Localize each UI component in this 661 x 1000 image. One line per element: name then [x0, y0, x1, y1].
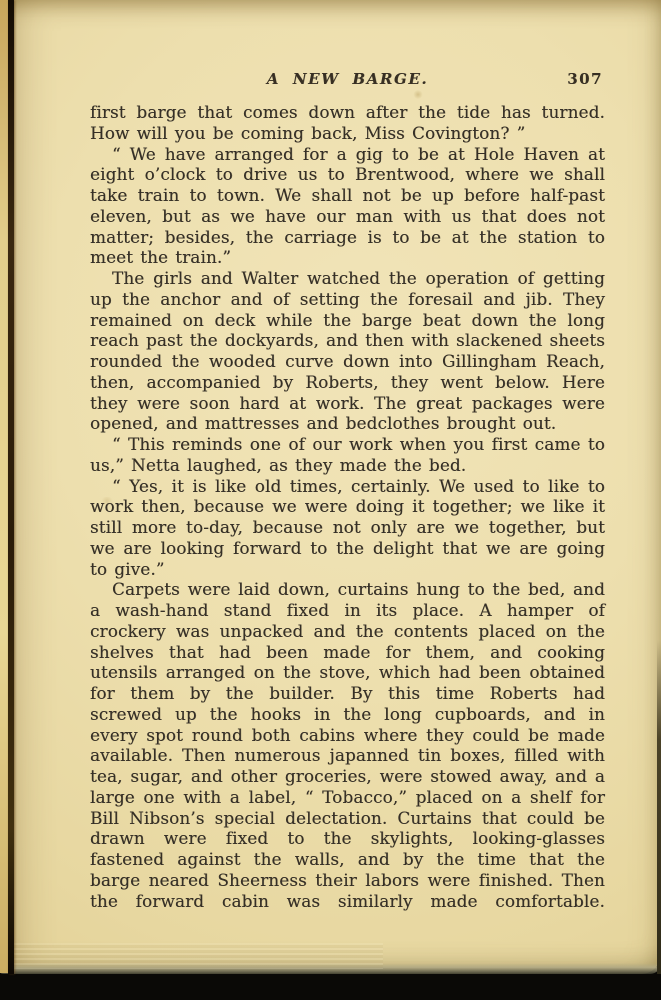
scanned-book-page: A NEW BARGE. 307 first barge that comes …: [0, 0, 661, 1000]
paragraph-dialogue-2: “ This reminds one of our work when you …: [90, 434, 605, 476]
underlying-page-edge: [0, 0, 8, 973]
paragraph-dialogue-1: “ We have arranged for a gig to be at Ho…: [90, 144, 605, 269]
paragraph-narrative-1: The girls and Walter watched the operati…: [90, 268, 605, 434]
paragraph-dialogue-3: “ Yes, it is like old times, certainly. …: [90, 476, 605, 580]
paper-blemish: [413, 90, 423, 99]
paragraph-continuation: first barge that comes down after the ti…: [90, 102, 605, 144]
page-bottom-edge: [0, 963, 661, 974]
book-page: A NEW BARGE. 307 first barge that comes …: [0, 0, 661, 974]
page-block-right-edge: [657, 640, 661, 974]
paragraph-narrative-2: Carpets were laid down, curtains hung to…: [90, 579, 605, 911]
header-title: A NEW BARGE.: [267, 70, 429, 88]
binding-gutter-line: [8, 0, 14, 974]
text-block: first barge that comes down after the ti…: [90, 102, 605, 911]
page-number: 307: [567, 70, 603, 88]
running-header: A NEW BARGE. 307: [90, 70, 605, 88]
